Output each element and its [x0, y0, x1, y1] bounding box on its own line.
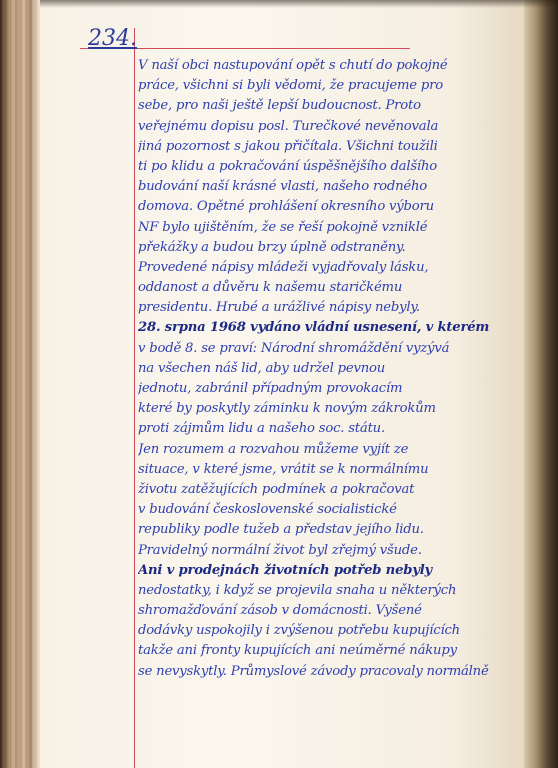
text-line: NF bylo ujištěním, že se řeší pokojně vz…	[138, 218, 533, 238]
page-number: 234.	[88, 26, 137, 51]
text-line: v bodě 8. se praví: Národní shromáždění …	[138, 339, 533, 359]
text-line: takže ani fronty kupujících ani neúměrné…	[138, 641, 533, 661]
text-line: dodávky uspokojily i zvýšenou potřebu ku…	[138, 621, 533, 641]
text-line: 28. srpna 1968 vydáno vládní usnesení, v…	[138, 318, 533, 338]
handwritten-text-body: V naší obci nastupování opět s chutí do …	[138, 56, 533, 682]
text-line: sebe, pro naši ještě lepší budoucnost. P…	[138, 96, 533, 116]
text-line: situace, v které jsme, vrátit se k normá…	[138, 460, 533, 480]
text-line: Provedené nápisy mládeži vyjadřovaly lás…	[138, 258, 533, 278]
text-line: které by poskytly záminku k novým zákrok…	[138, 399, 533, 419]
margin-rule	[134, 28, 135, 768]
text-line: veřejnému dopisu posl. Turečkové nevěnov…	[138, 117, 533, 137]
text-line: Ani v prodejnách životních potřeb nebyly	[138, 561, 533, 581]
book-binding	[0, 0, 40, 768]
text-line: proti zájmům lidu a našeho soc. státu.	[138, 419, 533, 439]
text-line: nedostatky, i když se projevila snaha u …	[138, 581, 533, 601]
text-line: shromažďování zásob v domácnosti. Vyšené	[138, 601, 533, 621]
text-line: překážky a budou brzy úplně odstraněny.	[138, 238, 533, 258]
text-line: budování naší krásné vlasti, našeho rodn…	[138, 177, 533, 197]
text-line: jiná pozornost s jakou přičítala. Všichn…	[138, 137, 533, 157]
text-line: Pravidelný normální život byl zřejmý všu…	[138, 541, 533, 561]
text-line: ti po klidu a pokračování úspěšnějšího d…	[138, 157, 533, 177]
text-line: Jen rozumem a rozvahou můžeme vyjít ze	[138, 440, 533, 460]
text-line: v budování československé socialistické	[138, 500, 533, 520]
text-line: jednotu, zabránil případným provokacím	[138, 379, 533, 399]
text-line: na všechen náš lid, aby udržel pevnou	[138, 359, 533, 379]
top-edge-shadow	[40, 0, 558, 8]
text-line: se nevyskytly. Průmyslové závody pracova…	[138, 662, 533, 682]
text-line: životu zatěžujících podmínek a pokračova…	[138, 480, 533, 500]
text-line: republiky podle tužeb a představ jejího …	[138, 520, 533, 540]
text-line: oddanost a důvěru k našemu staričkému	[138, 278, 533, 298]
text-line: presidentu. Hrubé a urážlivé nápisy neby…	[138, 298, 533, 318]
text-line: V naší obci nastupování opět s chutí do …	[138, 56, 533, 76]
text-line: domova. Opětné prohlášení okresního výbo…	[138, 197, 533, 217]
text-line: práce, všichni si byli vědomi, že pracuj…	[138, 76, 533, 96]
